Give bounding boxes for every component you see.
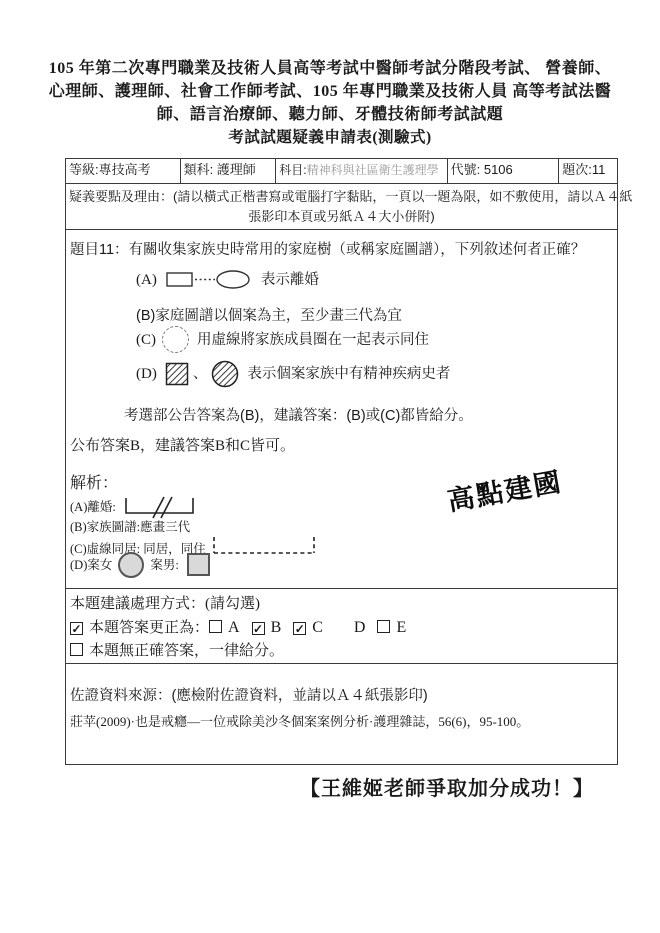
handling-option-1: ✓本題答案更正為：A✓B✓CDE [70, 616, 613, 640]
teacher-success-note: 【王維姬老師爭取加分成功！】 [300, 772, 594, 801]
exam-code-cell: 代號: 5106 [448, 159, 560, 183]
official-answer-line: 考選部公告答案為(B)，建議答案：(B)或(C)都皆給分。 [124, 404, 473, 425]
reason-instructions-line2: 張影印本頁或另紙Ａ４大小併附) [66, 207, 617, 227]
title-line-3: 師、語言治療師、聽力師、牙體技術師考試試題 [30, 103, 630, 126]
analysis-a-text: (A)離婚: [70, 500, 116, 514]
answer-choices: A✓B✓CDE [209, 620, 418, 636]
handling-checkbox-1: ✓ [70, 622, 83, 635]
handling-title: 本題建議處理方式：(請勾選) [70, 593, 613, 616]
answer-choice-D: D [335, 620, 366, 636]
analysis-d-male-text: 案男: [150, 558, 178, 572]
analysis-heading: 解析： [70, 470, 118, 493]
option-a-label: (A) [136, 272, 157, 288]
male-square-icon [187, 553, 210, 576]
evidence-row: 佐證資料來源：(應檢附佐證資料，並請以Ａ４紙張影印) 莊苹(2009)·也是戒癮… [66, 663, 617, 764]
objection-reason-row: 疑義要點及理由：(請以橫式正楷書寫或電腦打字黏貼，一頁以一題為限，如不敷使用，請… [66, 183, 617, 229]
choice-checkbox-A [209, 620, 222, 633]
female-circle-icon [118, 552, 144, 578]
choice-letter-D: D [354, 619, 366, 636]
answer-choice-B: ✓B [252, 620, 282, 636]
choice-checkbox-E [377, 620, 390, 633]
option-c-label: (C) [136, 332, 156, 348]
analysis-item-b: (B)家族圖譜:應畫三代 [70, 517, 190, 535]
form-name: 考試試題疑義申請表(測驗式) [30, 126, 630, 149]
evidence-citation: 莊苹(2009)·也是戒癮—一位戒除美沙冬個案案例分析·護理雜誌，56(6)，9… [70, 711, 613, 730]
subject-value: 精神科與社區衛生護理學 [307, 163, 439, 177]
exam-category-cell: 類科: 護理師 [181, 159, 277, 183]
handling-option-1-text: 本題答案更正為： [89, 620, 209, 636]
reason-instructions-line1: 疑義要點及理由：(請以橫式正楷書寫或電腦打字黏貼，一頁以一題為限，如不敷使用，請… [66, 184, 617, 207]
option-a: (A) 表示離婚 [136, 268, 319, 292]
watermark: 高點建國 [444, 460, 565, 519]
choice-checkbox-B: ✓ [252, 622, 265, 635]
choice-letter-A: A [228, 619, 240, 636]
answer-choice-E: E [377, 620, 406, 636]
exam-level-cell: 等級:專技高考 [66, 159, 181, 183]
document-title: 105 年第二次專門職業及技術人員高等考試中醫師考試分階段考試、 營養師、 心理… [30, 57, 630, 149]
published-answer-note: 公布答案B，建議答案B和C皆可。 [70, 434, 295, 455]
choice-letter-E: E [396, 619, 406, 636]
hatched-square-icon [165, 362, 189, 386]
option-b: (B)家庭圖譜以個案為主，至少畫三代為宜 [136, 304, 402, 325]
handling-row: 本題建議處理方式：(請勾選) ✓本題答案更正為：A✓B✓CDE 本題無正確答案，… [66, 588, 617, 663]
analysis-item-d: (D)案女案男: [70, 550, 216, 580]
option-d-label: (D) [136, 366, 157, 382]
question-number-cell: 題次:11 [559, 159, 617, 183]
answer-choice-C: ✓C [293, 620, 323, 636]
dashed-cohabit-line-icon [211, 535, 319, 557]
handling-option-2: 本題無正確答案，一律給分。 [70, 640, 613, 663]
choice-letter-C: C [312, 619, 323, 636]
exam-subject-cell: 科目:精神科與社區衛生護理學 [276, 159, 447, 183]
hatched-circle-icon [211, 360, 239, 388]
choice-checkbox-C: ✓ [293, 622, 306, 635]
title-line-1: 105 年第二次專門職業及技術人員高等考試中醫師考試分階段考試、 營養師、 [30, 57, 630, 80]
rectangle-ellipse-divorce-icon [165, 268, 253, 292]
option-a-text: 表示離婚 [261, 272, 319, 288]
exam-info-row: 等級:專技高考 類科: 護理師 科目:精神科與社區衛生護理學 代號: 5106 … [66, 159, 617, 183]
question-analysis-row: 題目11：有關收集家族史時常用的家庭樹（或稱家庭圖譜），下列敘述何者正確？ (A… [66, 229, 617, 588]
question-stem: 題目11：有關收集家族史時常用的家庭樹（或稱家庭圖譜），下列敘述何者正確？ [70, 238, 585, 259]
answer-choice-A: A [209, 620, 240, 636]
dashed-circle-icon [162, 326, 189, 353]
option-c-text: 用虛線將家族成員圈在一起表示同住 [197, 332, 429, 348]
option-d-text: 表示個案家族中有精神疾病史者 [247, 366, 450, 382]
scanned-exam-objection-form: 105 年第二次專門職業及技術人員高等考試中醫師考試分階段考試、 營養師、 心理… [0, 0, 660, 933]
subject-label: 科目: [279, 163, 306, 177]
objection-form-table: 等級:專技高考 類科: 護理師 科目:精神科與社區衛生護理學 代號: 5106 … [65, 158, 618, 765]
handling-option-2-text: 本題無正確答案，一律給分。 [89, 643, 284, 659]
option-c: (C)用虛線將家族成員圈在一起表示同住 [136, 326, 429, 353]
evidence-title: 佐證資料來源：(應檢附佐證資料，並請以Ａ４紙張影印) [70, 684, 613, 705]
option-d: (D) 、 表示個案家族中有精神疾病史者 [136, 360, 450, 388]
title-line-2: 心理師、護理師、社會工作師考試、105 年專門職業及技術人員 高等考試法醫 [30, 80, 630, 103]
analysis-d-female-text: (D)案女 [70, 558, 112, 572]
option-d-separator: 、 [193, 366, 208, 382]
handling-checkbox-2 [70, 643, 83, 656]
choice-letter-B: B [271, 619, 282, 636]
